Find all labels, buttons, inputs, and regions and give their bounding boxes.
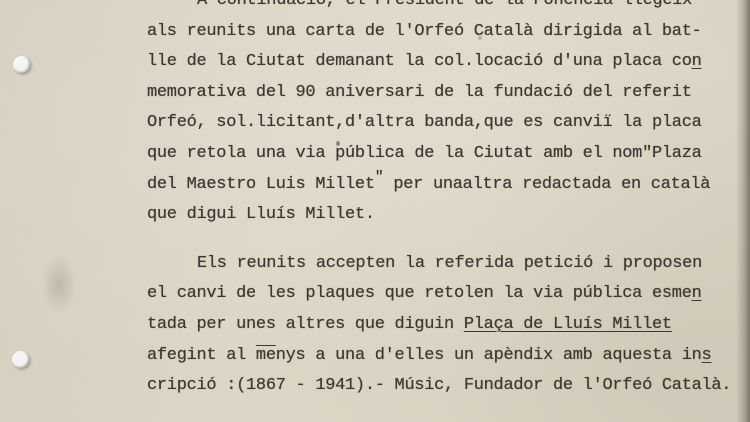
typed-line: del Maestro Luis Millet" per unaaltra re… xyxy=(147,170,747,201)
line-text: tada per unes altres que diguin xyxy=(147,315,464,334)
line-text: del Maestro Luis Millet xyxy=(147,175,375,194)
line-text: afegint al xyxy=(147,346,256,365)
typewritten-text-block: A continuació, el President de la Ponènc… xyxy=(147,0,747,402)
typed-line: cripció :(1867 - 1941).- Músic, Fundador… xyxy=(147,371,747,402)
line-text: lle de la Ciutat demanant la col.locació… xyxy=(147,52,692,71)
line-text: el canvi de les plaques que retolen la v… xyxy=(147,284,692,303)
underlined-phrase: Plaça de Lluís Millet xyxy=(464,315,672,334)
typed-line: afegint al menys a una d'elles un apèndi… xyxy=(147,341,747,372)
typed-line-clipped-top: A continuació, el President de la Ponènc… xyxy=(147,0,747,17)
underlined-syllable: s xyxy=(702,346,712,365)
raised-quote-mark: " xyxy=(375,169,384,186)
typed-line: que retola una via pública de la Ciutat … xyxy=(147,139,747,170)
underlined-syllable: n xyxy=(692,52,702,71)
typed-line: memorativa del 90 aniversari de la funda… xyxy=(147,78,747,109)
line-text: nys a una d'elles un apèndix amb aquesta… xyxy=(276,346,702,365)
typed-line: el canvi de les plaques que retolen la v… xyxy=(147,279,747,310)
overstruck-letters: me xyxy=(256,346,276,365)
typed-line: als reunits una carta de l'Orfeó Català … xyxy=(147,17,747,48)
scanned-document-page: A continuació, el President de la Ponènc… xyxy=(0,0,750,422)
typed-line: lle de la Ciutat demanant la col.locació… xyxy=(147,47,747,78)
line-text: per unaaltra redactada en català xyxy=(383,175,710,194)
punch-hole-top xyxy=(13,56,31,74)
underlined-syllable: n xyxy=(692,284,702,303)
typed-line: Orfeó, sol.licitant,d'altra banda,que es… xyxy=(147,108,747,139)
typed-line: Els reunits accepten la referida petició… xyxy=(147,249,747,280)
paper-smudge xyxy=(42,255,76,313)
typed-line: que digui Lluís Millet. xyxy=(147,200,747,231)
typed-line: tada per unes altres que diguin Plaça de… xyxy=(147,310,747,341)
punch-hole-bottom xyxy=(12,351,30,369)
